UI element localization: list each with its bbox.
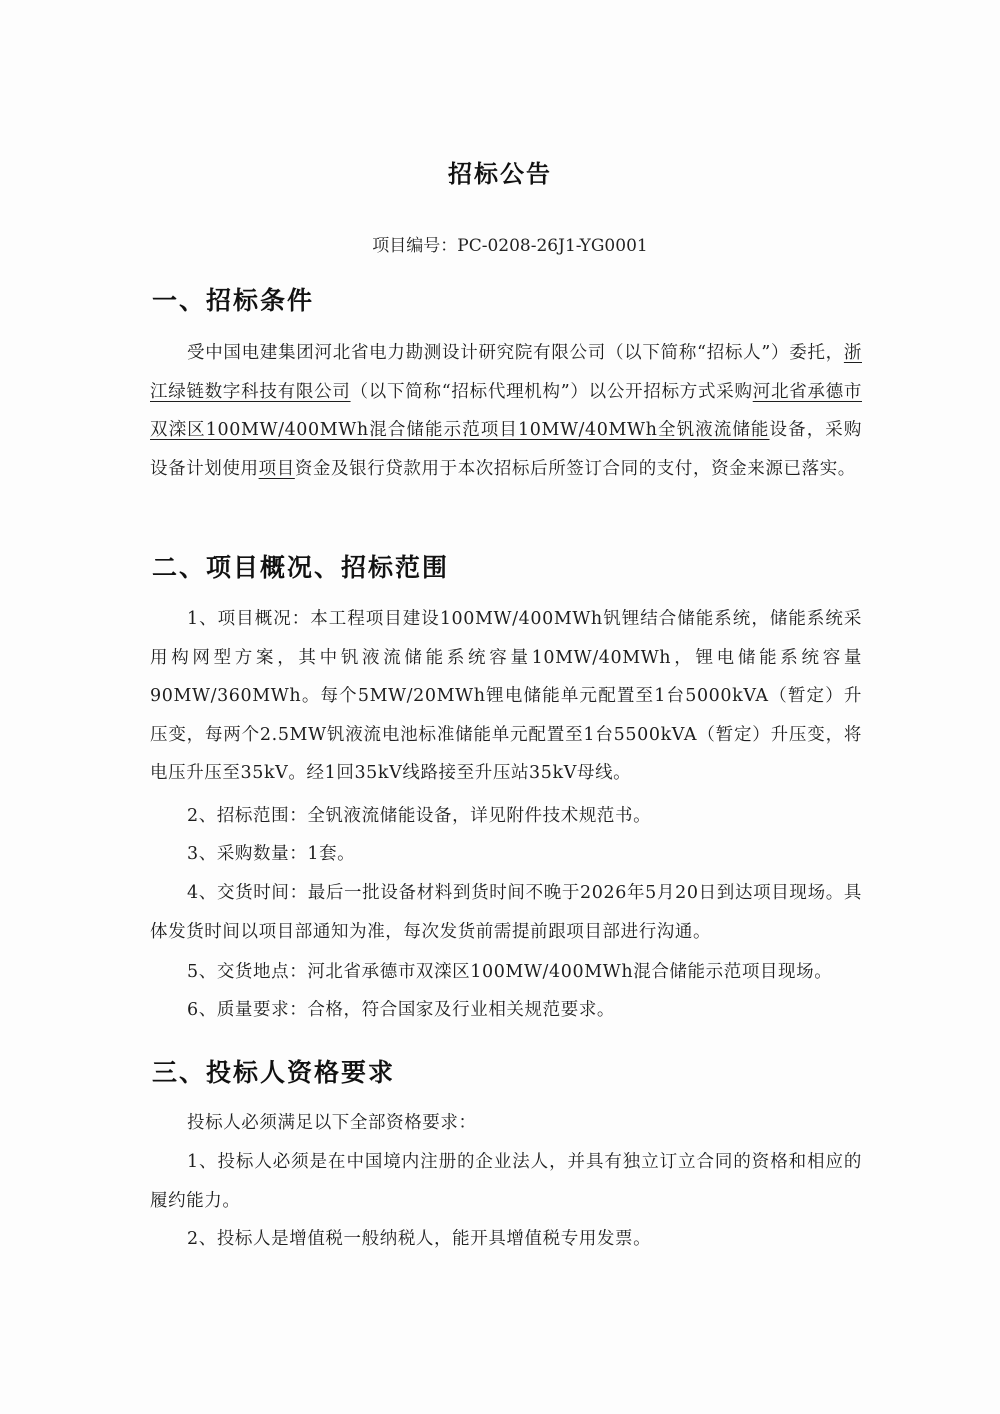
bidding-conditions-paragraph: 受中国电建集团河北省电力勘测设计研究院有限公司（以下简称“招标人”）委托，浙江绿… [150,334,862,488]
overview-item-5: 5、交货地点：河北省承德市双滦区100MW/400MWh混合储能示范项目现场。 [150,953,862,992]
overview-item-6: 6、质量要求：合格，符合国家及行业相关规范要求。 [150,991,862,1030]
section-heading-project-overview: 二、项目概况、招标范围 [152,548,449,584]
project-number-label: 项目编号： [372,236,457,256]
text-segment: （以下简称“招标代理机构”）以公开招标方式采购 [351,382,753,402]
fund-source: 项目 [259,459,295,479]
document-title: 招标公告 [0,154,1000,189]
qualification-item-2: 2、投标人是增值税一般纳税人，能开具增值税专用发票。 [150,1220,862,1259]
qualifications-intro: 投标人必须满足以下全部资格要求： [150,1104,862,1143]
text-segment: 资金及银行贷款用于本次招标后所签订合同的支付，资金来源已落实。 [295,459,856,479]
overview-item-2: 2、招标范围：全钒液流储能设备，详见附件技术规范书。 [150,797,862,836]
project-number: 项目编号：PC-0208-26J1-YG0001 [0,231,1000,256]
overview-item-1: 1、项目概况：本工程项目建设100MW/400MWh钒锂结合储能系统，储能系统采… [150,600,862,793]
overview-item-4: 4、交货时间：最后一批设备材料到货时间不晚于2026年5月20日到达项目现场。具… [150,874,862,951]
section-heading-bidding-conditions: 一、招标条件 [152,281,314,317]
section-heading-bidder-qualifications: 三、投标人资格要求 [152,1053,395,1089]
text-segment: 受中国电建集团河北省电力勘测设计研究院有限公司（以下简称“招标人”）委托， [187,343,844,363]
project-number-value: PC-0208-26J1-YG0001 [457,236,647,256]
document-page: 招标公告 项目编号：PC-0208-26J1-YG0001 一、招标条件 受中国… [0,0,1000,1414]
qualification-item-1: 1、投标人必须是在中国境内注册的企业法人，并具有独立订立合同的资格和相应的履约能… [150,1143,862,1220]
overview-item-3: 3、采购数量：1套。 [150,835,862,874]
